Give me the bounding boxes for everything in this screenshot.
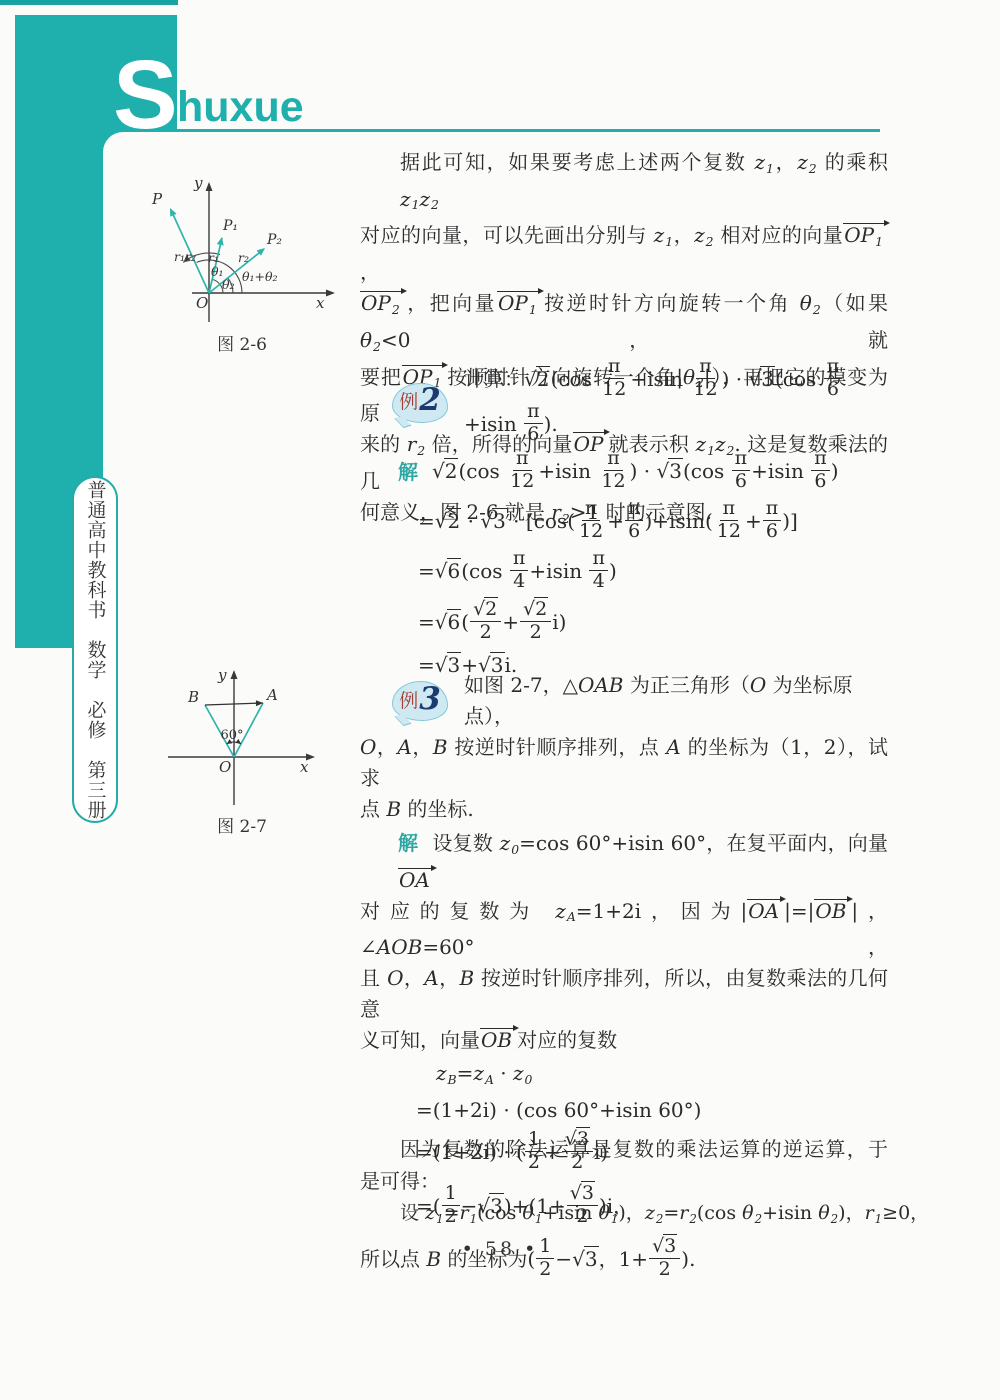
equation-line: =(1+2i) · (cos 60°+isin 60°) — [360, 1095, 888, 1126]
fig26-origin-label: O — [196, 294, 208, 312]
fig27-caption: 图 2-7 — [192, 812, 292, 837]
example-2-badge: 例 2 — [392, 383, 448, 423]
question-line: 点 B 的坐标. — [360, 794, 888, 825]
fig26-p1-label: P₁ — [222, 218, 238, 234]
question-line: O，A，B 按逆时针顺序排列，点 A 的坐标为（1，2），试求 — [360, 732, 888, 794]
math-line: 设复数 z0=cos 60°+isin 60°，在复平面内，向量OA — [398, 831, 888, 892]
jie-label: 解 — [398, 457, 418, 488]
text-line: 是可得： — [360, 1165, 888, 1197]
fig26-y-label: y — [193, 174, 203, 192]
badge-number: 3 — [419, 684, 441, 715]
example-2-header: 例 2 计算：2(cos π12+isin π12) · 3(cos π6+is… — [360, 358, 888, 447]
header-rule — [170, 129, 880, 132]
fig26-p-label: P — [151, 190, 163, 208]
solution-line: =6(cos π4+isin π4) — [360, 547, 888, 597]
fig26-theta-sum-label: θ₁+θ₂ — [242, 269, 278, 284]
fig27-y-label: y — [217, 666, 227, 684]
fig26-r2-label: r₂ — [238, 250, 249, 265]
logo-initial: S — [113, 46, 176, 143]
solution-line: =2 · 3 · [cos(π12+π6)+isin(π12+π6)] — [360, 497, 888, 547]
text-line: 据此可知，如果要考虑上述两个复数 z1，z2 的乘积 z1z2 — [360, 147, 888, 220]
solution-line: =6(22+22i) — [360, 597, 888, 649]
fig26-caption: 图 2-6 — [192, 330, 292, 355]
fig26-theta2-label: θ₂ — [222, 277, 235, 292]
y-axis-arrow-icon — [206, 182, 213, 191]
fig27-b-label: B — [187, 688, 199, 706]
solution-line: 义可知，向量OB对应的复数 — [360, 1025, 888, 1056]
example-3-badge: 例 3 — [392, 681, 448, 721]
fig26-p2-label: P₂ — [266, 232, 282, 248]
page-number: • 58 • — [430, 1238, 570, 1260]
badge-number: 2 — [419, 385, 441, 416]
textbook-page: S huxue 普通高中教科书 数学 必修 第三册 — [0, 0, 1000, 1400]
jie-label: 解 — [398, 831, 418, 855]
closing-paragraph: 因为复数的除法运算是复数的乘法运算的逆运算，于 是可得： 设 z1=r1(cos… — [360, 1133, 888, 1235]
example-3-header: 例 3 如图 2-7，△OAB 为正三角形（O 为坐标原点）， — [360, 670, 888, 732]
math-line: =(1+2i) · (cos 60°+isin 60°) — [416, 1095, 701, 1126]
math-line: =2 · 3 · [cos(π12+π6)+isin(π12+π6)] — [418, 500, 798, 545]
example-2-prompt: 计算：2(cos π12+isin π12) · 3(cos π6+isin π… — [464, 358, 888, 447]
solution-line: 对应的复数为 zA=1+2i，因为|OA|=|OB|，∠AOB=60°， — [360, 896, 888, 964]
math-line: 2(cos π12+isin π12) · 3(cos π6+isin π6) — [432, 450, 839, 495]
fig27-x-label: x — [300, 758, 309, 776]
figure-2-7: y x O A B 60° — [148, 658, 333, 818]
text-line: 对应的向量，可以先画出分别与 z1，z2 相对应的向量OP1， — [360, 220, 888, 288]
fig27-a-label: A — [265, 686, 278, 704]
spine-title: 普通高中教科书 数学 必修 第三册 — [86, 480, 105, 820]
equation-line: zB=zA · z0 — [360, 1058, 888, 1095]
math-line: zB=zA · z0 — [436, 1058, 532, 1095]
math-line: =6(cos π4+isin π4) — [418, 550, 617, 595]
solution-line: 且 O，A，B 按逆时针顺序排列，所以，由复数乘法的几何意 — [360, 963, 888, 1025]
fig26-x-label: x — [316, 294, 325, 312]
logo-text: huxue — [177, 86, 304, 129]
badge-label: 例 — [399, 387, 418, 418]
top-edge-strip — [0, 0, 178, 5]
text-line: 设 z1=r1(cos θ1+isin θ1)，z2=r2(cos θ2+isi… — [360, 1197, 888, 1235]
example-3-solution: 解设复数 z0=cos 60°+isin 60°，在复平面内，向量OA 对应的复… — [360, 828, 888, 1056]
fig27-angle-label: 60° — [220, 728, 243, 743]
example-2: 例 2 计算：2(cos π12+isin π12) · 3(cos π6+is… — [360, 358, 888, 681]
x-axis-arrow-icon — [326, 290, 335, 297]
figure-2-6: y x O P P₁ P₂ r₁r₂ r₁ r₂ θ₁ θ₂ θ₁+θ₂ — [140, 168, 350, 333]
book-spine-capsule: 普通高中教科书 数学 必修 第三册 — [72, 476, 118, 823]
text-line: OP2，把向量OP1按逆时针方向旋转一个角 θ2（如果θ2<0，就 — [360, 288, 888, 361]
solution-line: 解设复数 z0=cos 60°+isin 60°，在复平面内，向量OA — [360, 828, 888, 896]
y-axis-arrow-icon — [231, 670, 238, 679]
fig27-origin-label: O — [219, 758, 231, 776]
question-line: 如图 2-7，△OAB 为正三角形（O 为坐标原点）， — [464, 670, 888, 732]
math-line: =6(22+22i) — [418, 601, 566, 646]
text-line: 因为复数的除法运算是复数的乘法运算的逆运算，于 — [360, 1133, 888, 1165]
badge-label: 例 — [399, 686, 418, 717]
solution-line: 解 2(cos π12+isin π12) · 3(cos π6+isin π6… — [360, 447, 888, 497]
fig26-r1r2-label: r₁r₂ — [174, 249, 196, 264]
fig26-r1-label: r₁ — [208, 250, 219, 265]
